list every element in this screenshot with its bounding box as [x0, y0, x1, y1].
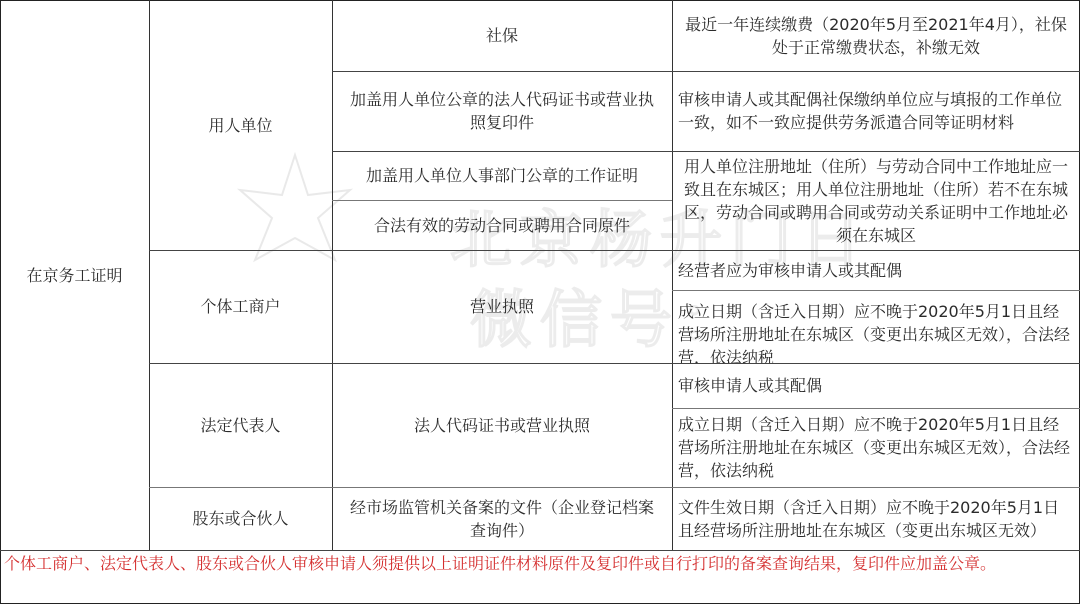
document-license-copy: 加盖用人单位公章的法人代码证书或营业执照复印件: [332, 71, 672, 151]
category-individual-business: 个体工商户: [149, 250, 332, 363]
document-work-certificate: 加盖用人单位人事部门公章的工作证明: [332, 151, 672, 200]
category-legal-representative: 法定代表人: [149, 363, 332, 487]
document-labor-contract: 合法有效的劳动合同或聘用合同原件: [332, 200, 672, 250]
document-social-insurance: 社保: [332, 0, 672, 71]
requirement-effective-date: 文件生效日期（含迁入日期）应不晚于2020年5月1日且经营场所注册地址在东城区（…: [672, 487, 1080, 550]
requirement-social-insurance: 最近一年连续缴费（2020年5月至2021年4月），社保处于正常缴费状态，补缴无…: [672, 0, 1080, 71]
table-note: 个体工商户、法定代表人、股东或合伙人审核申请人须提供以上证明证件材料原件及复印件…: [4, 552, 1076, 576]
requirement-establishment-date: 成立日期（含迁入日期）应不晚于2020年5月1日且经营场所注册地址在东城区（变更…: [672, 290, 1080, 363]
category-employer: 用人单位: [149, 0, 332, 250]
requirement-license-copy: 审核申请人或其配偶社保缴纳单位应与填报的工作单位一致，如不一致应提供劳务派遣合同…: [672, 71, 1080, 151]
document-business-license: 营业执照: [332, 250, 672, 363]
requirement-applicant: 审核申请人或其配偶: [672, 363, 1080, 408]
section-label: 在京务工证明: [0, 0, 149, 550]
requirement-establishment-date-2: 成立日期（含迁入日期）应不晚于2020年5月1日且经营场所注册地址在东城区（变更…: [672, 408, 1080, 487]
requirement-operator: 经营者应为审核申请人或其配偶: [672, 250, 1080, 290]
document-registration-file: 经市场监管机关备案的文件（企业登记档案查询件）: [332, 487, 672, 550]
category-shareholder-partner: 股东或合伙人: [149, 487, 332, 550]
requirement-work-address: 用人单位注册地址（住所）与劳动合同中工作地址应一致且在东城区；用人单位注册地址（…: [672, 151, 1080, 250]
document-legal-code-certificate: 法人代码证书或营业执照: [332, 363, 672, 487]
